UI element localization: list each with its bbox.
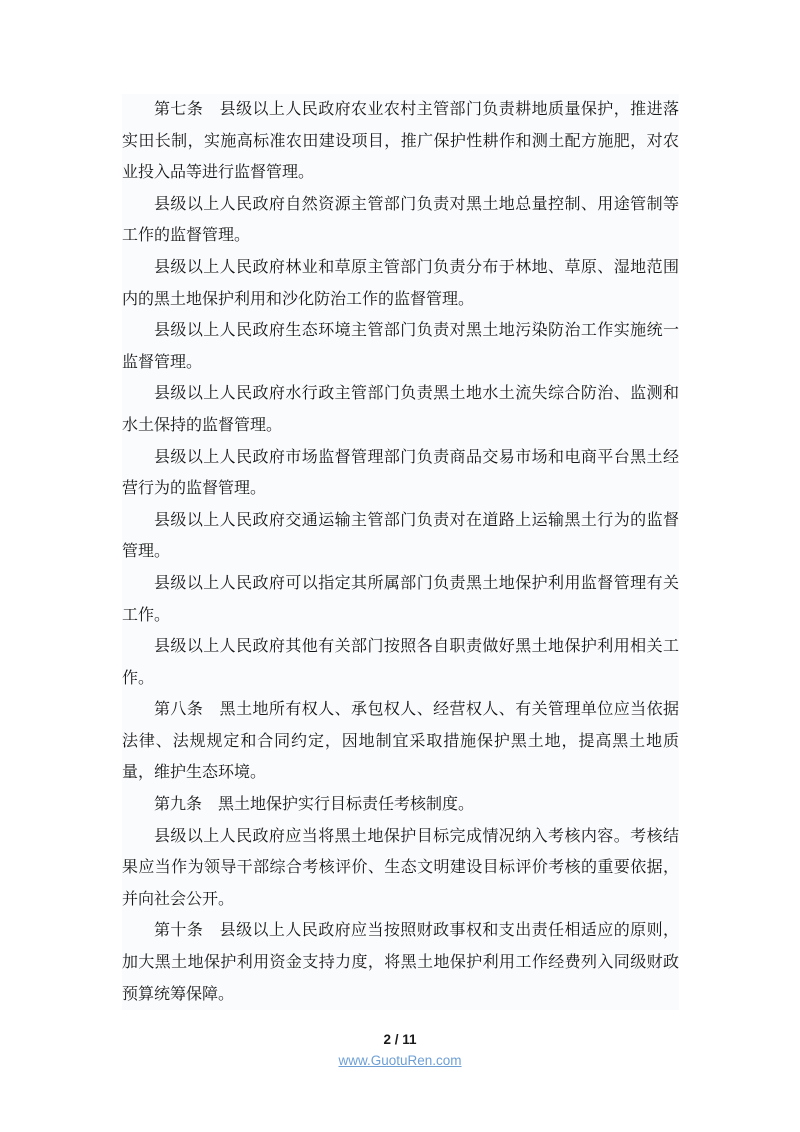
- paragraph: 县级以上人民政府交通运输主管部门负责对在道路上运输黑土行为的监督管理。: [122, 505, 679, 568]
- paragraph: 县级以上人民政府其他有关部门按照各自职责做好黑土地保护利用相关工作。: [122, 631, 679, 694]
- paragraph: 第九条 黑土地保护实行目标责任考核制度。: [122, 789, 679, 821]
- paragraph: 第八条 黑土地所有权人、承包权人、经营权人、有关管理单位应当依据法律、法规规定和…: [122, 694, 679, 789]
- paragraph: 第十条 县级以上人民政府应当按照财政事权和支出责任相适应的原则，加大黑土地保护利…: [122, 915, 679, 1010]
- page-number: 2 / 11: [0, 1031, 800, 1048]
- document-page: 第七条 县级以上人民政府农业农村主管部门负责耕地质量保护，推进落实田长制，实施高…: [0, 0, 800, 1132]
- paragraph: 县级以上人民政府自然资源主管部门负责对黑土地总量控制、用途管制等工作的监督管理。: [122, 189, 679, 252]
- paragraph: 县级以上人民政府应当将黑土地保护目标完成情况纳入考核内容。考核结果应当作为领导干…: [122, 821, 679, 916]
- paragraph: 县级以上人民政府市场监督管理部门负责商品交易市场和电商平台黑土经营行为的监督管理…: [122, 442, 679, 505]
- paragraph: 县级以上人民政府可以指定其所属部门负责黑土地保护利用监督管理有关工作。: [122, 568, 679, 631]
- paragraph: 县级以上人民政府水行政主管部门负责黑土地水土流失综合防治、监测和水土保持的监督管…: [122, 378, 679, 441]
- paragraph: 第七条 县级以上人民政府农业农村主管部门负责耕地质量保护，推进落实田长制，实施高…: [122, 94, 679, 189]
- paragraph: 县级以上人民政府生态环境主管部门负责对黑土地污染防治工作实施统一监督管理。: [122, 315, 679, 378]
- website-link[interactable]: www.GuotuRen.com: [338, 1052, 461, 1069]
- document-body: 第七条 县级以上人民政府农业农村主管部门负责耕地质量保护，推进落实田长制，实施高…: [122, 94, 679, 1010]
- paragraph: 县级以上人民政府林业和草原主管部门负责分布于林地、草原、湿地范围内的黑土地保护利…: [122, 252, 679, 315]
- page-footer: 2 / 11 www.GuotuRen.com: [0, 1031, 800, 1070]
